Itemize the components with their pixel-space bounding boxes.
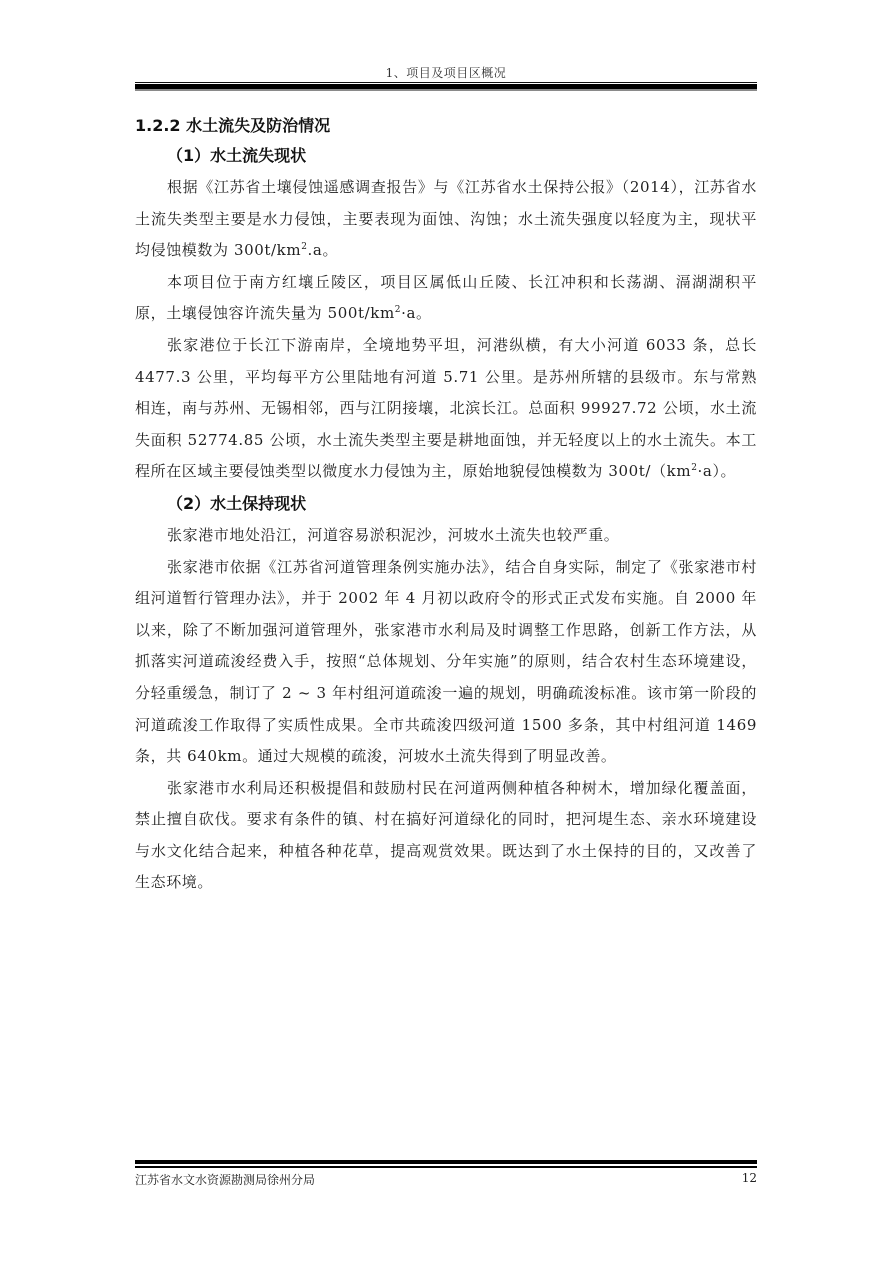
paragraph-project-location: 本项目位于南方红壤丘陵区，项目区属低山丘陵、长江冲积和长荡湖、滆湖湖积平原，土壤… [135,267,757,330]
paragraph-greening: 张家港市水利局还积极提倡和鼓励村民在河道两侧种植各种树木，增加绿化覆盖面，禁止擅… [135,773,757,899]
text-run: 本项目位于南方红壤丘陵区，项目区属低山丘陵、长江冲积和长荡湖、滆湖湖积平原，土壤… [135,273,757,323]
section-heading: 1.2.2 水土流失及防治情况 [135,112,757,140]
page-number: 12 [742,1171,757,1185]
paragraph-zhangjiagang-geography: 张家港位于长江下游南岸，全境地势平坦，河港纵横，有大小河道 6033 条，总长 … [135,330,757,488]
header-rule-thin [135,82,757,83]
paragraph-conservation-intro: 张家港市地处沿江，河道容易淤积泥沙，河坡水土流失也较严重。 [135,520,757,552]
text-run: ·a。 [401,304,432,322]
paragraph-erosion-overview: 根据《江苏省土壤侵蚀遥感调查报告》与《江苏省水土保持公报》（2014），江苏省水… [135,172,757,267]
text-run: 根据《江苏省土壤侵蚀遥感调查报告》与《江苏省水土保持公报》（2014），江苏省水… [135,178,757,259]
running-header-title: 1、项目及项目区概况 [135,64,757,81]
text-run: 张家港位于长江下游南岸，全境地势平坦，河港纵横，有大小河道 6033 条，总长 … [135,336,757,480]
footer-rule-thin [135,1166,757,1168]
text-run: .a。 [308,241,339,259]
subsection-heading-1: （1）水土流失现状 [135,140,757,172]
paragraph-river-management: 张家港市依据《江苏省河道管理条例实施办法》，结合自身实际，制定了《张家港市村组河… [135,552,757,773]
header-rule-shadow [135,89,757,91]
footer-organization: 江苏省水文水资源勘测局徐州分局 [135,1171,315,1188]
footer-rule-thick [135,1160,757,1164]
subsection-heading-2: （2）水土保持现状 [135,488,757,520]
text-run: ·a）。 [698,462,737,480]
page-body: 1.2.2 水土流失及防治情况 （1）水土流失现状 根据《江苏省土壤侵蚀遥感调查… [135,112,757,899]
